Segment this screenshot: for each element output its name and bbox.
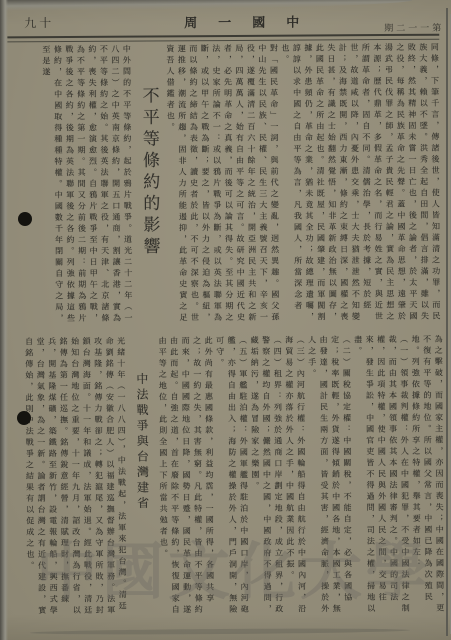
scan-edge-bottom [0,625,451,640]
scan-edge-left [0,0,8,640]
ink-dot-lower [17,411,31,425]
scanned-magazine-page: 中國文化大學 九十 周一國中 期二一一第 同條，下筆千言，傳諸後世，使人皆知滿清… [0,0,451,640]
page-number: 九十 [24,14,54,31]
section-heading-unequal-treaties: 不平等條約的影響 [136,44,162,328]
article-text-after-heading-top: 中外間的不平等條約，起於鴉片戰爭。道光二十二年（一八四二）之中英南京條約，開五口… [40,45,134,330]
scan-edge-right-line [446,8,448,636]
header-double-rule [7,34,439,43]
article-text-before-heading-top: 同條，下筆千言，傳諸後世，使人皆知滿清之功罪，而民族大義，賴以不墜。洪秀全起自田… [164,43,442,329]
article-band-top: 同條，下筆千言，傳諸後世，使人皆知滿清之功罪，而民族大義，賴以不墜。洪秀全起自田… [8,43,442,330]
library-watermark: 中國文化大學 [36,522,432,611]
ink-dot-upper [18,212,32,226]
magazine-title: 周一國中 [184,11,320,31]
issue-number: 期二一一第 [384,21,444,34]
